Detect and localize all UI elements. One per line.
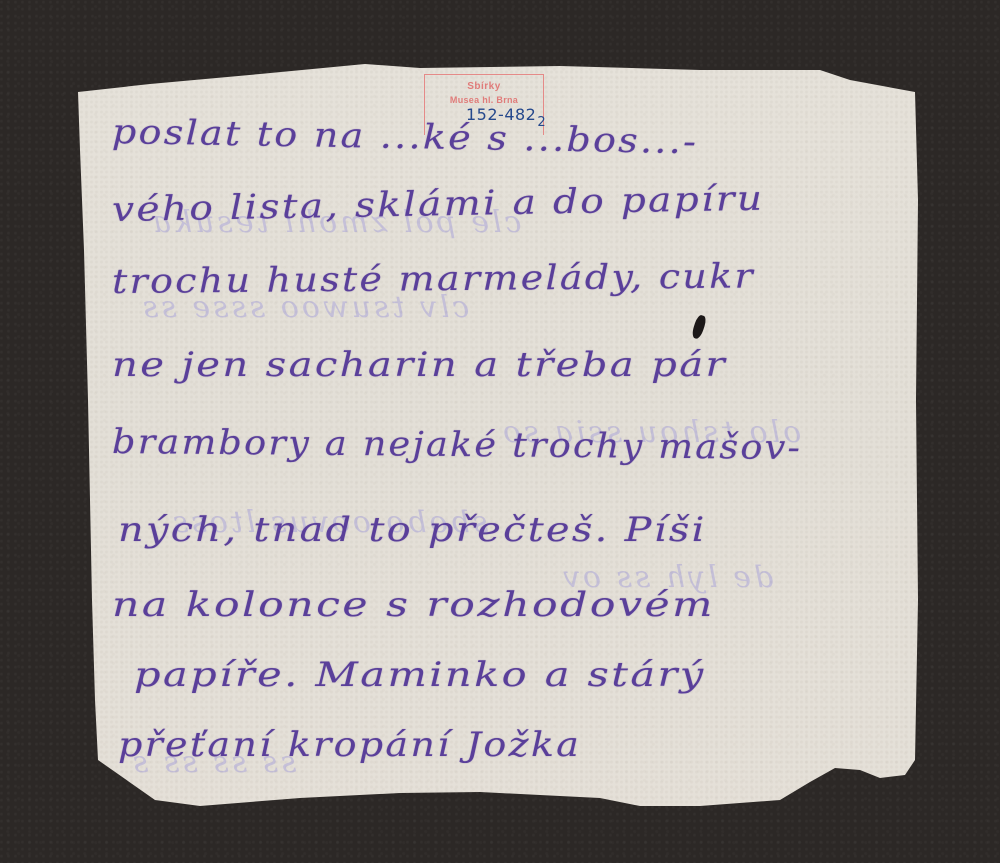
handwritten-line-5: brambory a nejaké trochy mašov-	[112, 422, 802, 468]
handwritten-line-8: papíře. Maminko a stárý	[134, 655, 706, 695]
handwritten-line-3: trochu husté marmelády, cukr	[112, 256, 755, 302]
stamp-line-2: Musea hl. Brna	[425, 95, 543, 105]
stamp-line-1: Sbírky	[425, 81, 543, 92]
handwritten-line-6: ných, tnad to přečteš. Píši	[118, 510, 707, 550]
handwritten-line-4: ne jen sacharin a třeba pár	[112, 345, 727, 385]
handwritten-line-9: přeťaní kropání Jožka	[118, 725, 581, 765]
handwritten-line-7: na kolonce s rozhodovém	[112, 585, 715, 625]
